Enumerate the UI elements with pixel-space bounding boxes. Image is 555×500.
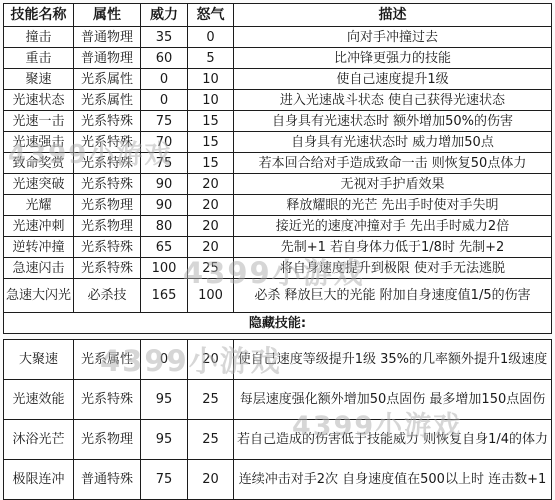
cell-attribute: 光系物理 [74,420,141,460]
cell-skill-name: 沐浴光芒 [4,420,74,460]
skill-table-page: 技能名称 属性 威力 怒气 描述 撞击普通物理350向对手冲撞过去重击普通物理6… [0,0,555,500]
cell-rage: 5 [188,48,234,69]
cell-power: 90 [141,195,188,216]
cell-description: 释放耀眼的光芒 先出手时使对手失明 [234,195,552,216]
header-row: 技能名称 属性 威力 怒气 描述 [4,4,552,27]
cell-attribute: 光系物理 [74,216,141,237]
cell-attribute: 光系特殊 [74,153,141,174]
cell-rage: 10 [188,69,234,90]
cell-rage: 25 [188,380,234,420]
cell-skill-name: 极限连冲 [4,460,74,500]
cell-power: 90 [141,174,188,195]
cell-rage: 20 [188,460,234,500]
table-row: 光耀光系物理9020释放耀眼的光芒 先出手时使对手失明 [4,195,552,216]
cell-attribute: 光系属性 [74,69,141,90]
table-row: 撞击普通物理350向对手冲撞过去 [4,27,552,48]
cell-description: 无视对手护盾效果 [234,174,552,195]
cell-rage: 25 [188,420,234,460]
cell-attribute: 光系属性 [74,340,141,380]
table-row: 光速冲刺光系物理8020接近光的速度冲撞对手 先出手时威力2倍 [4,216,552,237]
table-row: 致命奖赏光系特殊7515若本回合给对手造成致命一击 则恢复50点体力 [4,153,552,174]
cell-power: 35 [141,27,188,48]
col-header-rage: 怒气 [188,4,234,27]
cell-description: 使自己速度提升1级 [234,69,552,90]
cell-attribute: 光系物理 [74,195,141,216]
cell-attribute: 普通特殊 [74,460,141,500]
cell-rage: 10 [188,90,234,111]
cell-skill-name: 急速闪击 [4,258,74,279]
cell-power: 75 [141,460,188,500]
cell-rage: 20 [188,216,234,237]
cell-power: 60 [141,48,188,69]
table-row: 光速状态光系属性010进入光速战斗状态 使自己获得光速状态 [4,90,552,111]
table-row: 光速一击光系特殊7515自身具有光速状态时 额外增加50%的伤害 [4,111,552,132]
col-header-attribute: 属性 [74,4,141,27]
cell-rage: 20 [188,195,234,216]
cell-attribute: 光系特殊 [74,132,141,153]
cell-attribute: 光系属性 [74,90,141,111]
cell-skill-name: 重击 [4,48,74,69]
cell-skill-name: 逆转冲撞 [4,237,74,258]
cell-skill-name: 光速强击 [4,132,74,153]
cell-skill-name: 光速突破 [4,174,74,195]
cell-description: 将自身速度提升到极限 使对手无法逃脱 [234,258,552,279]
cell-description: 使自己速度等级提升1级 35%的几率额外提升1级速度 [234,340,552,380]
col-header-description: 描述 [234,4,552,27]
cell-attribute: 光系特殊 [74,237,141,258]
cell-description: 连续冲击对手2次 自身速度值在500以上时 连击数+1 [234,460,552,500]
cell-attribute: 光系特殊 [74,380,141,420]
cell-power: 0 [141,340,188,380]
cell-skill-name: 急速大闪光 [4,279,74,313]
hidden-skills-section-label: 隐藏技能: [4,313,552,334]
cell-skill-name: 光速效能 [4,380,74,420]
table-row: 光速强击光系特殊7015自身具有光速状态时 威力增加50点 [4,132,552,153]
cell-power: 75 [141,111,188,132]
cell-rage: 20 [188,340,234,380]
cell-skill-name: 光耀 [4,195,74,216]
cell-rage: 15 [188,153,234,174]
cell-power: 75 [141,153,188,174]
cell-description: 先制+1 若自身体力低于1/8时 先制+2 [234,237,552,258]
cell-rage: 15 [188,111,234,132]
cell-power: 165 [141,279,188,313]
cell-description: 向对手冲撞过去 [234,27,552,48]
cell-skill-name: 光速一击 [4,111,74,132]
table-row: 极限连冲普通特殊7520连续冲击对手2次 自身速度值在500以上时 连击数+1 [4,460,552,500]
col-header-power: 威力 [141,4,188,27]
cell-description: 接近光的速度冲撞对手 先出手时威力2倍 [234,216,552,237]
col-header-skill-name: 技能名称 [4,4,74,27]
cell-description: 每层速度强化额外增加50点固伤 最多增加150点固伤 [234,380,552,420]
cell-power: 100 [141,258,188,279]
cell-rage: 20 [188,174,234,195]
table-row: 聚速光系属性010使自己速度提升1级 [4,69,552,90]
cell-power: 95 [141,380,188,420]
table-row: 逆转冲撞光系特殊6520先制+1 若自身体力低于1/8时 先制+2 [4,237,552,258]
cell-description: 若自己造成的伤害低于技能威力 则恢复自身1/4的体力 [234,420,552,460]
table-row: 重击普通物理605比冲锋更强力的技能 [4,48,552,69]
cell-description: 若本回合给对手造成致命一击 则恢复50点体力 [234,153,552,174]
cell-power: 0 [141,69,188,90]
hidden-skills-section-row: 隐藏技能: [4,313,552,334]
cell-rage: 20 [188,237,234,258]
cell-attribute: 光系特殊 [74,258,141,279]
cell-power: 95 [141,420,188,460]
table-row: 大聚速光系属性020使自己速度等级提升1级 35%的几率额外提升1级速度 [4,340,552,380]
hidden-skills-table: 大聚速光系属性020使自己速度等级提升1级 35%的几率额外提升1级速度光速效能… [3,339,552,500]
cell-power: 70 [141,132,188,153]
cell-skill-name: 聚速 [4,69,74,90]
cell-description: 进入光速战斗状态 使自己获得光速状态 [234,90,552,111]
cell-attribute: 光系特殊 [74,174,141,195]
cell-skill-name: 光速状态 [4,90,74,111]
cell-rage: 0 [188,27,234,48]
cell-attribute: 必杀技 [74,279,141,313]
cell-rage: 15 [188,132,234,153]
cell-rage: 100 [188,279,234,313]
cell-attribute: 光系特殊 [74,111,141,132]
table-row: 光速突破光系特殊9020无视对手护盾效果 [4,174,552,195]
cell-attribute: 普通物理 [74,27,141,48]
cell-description: 比冲锋更强力的技能 [234,48,552,69]
table-row: 沐浴光芒光系物理9525若自己造成的伤害低于技能威力 则恢复自身1/4的体力 [4,420,552,460]
cell-power: 65 [141,237,188,258]
cell-description: 必杀 释放巨大的光能 附加自身速度值1/5的伤害 [234,279,552,313]
table-row: 急速大闪光必杀技165100必杀 释放巨大的光能 附加自身速度值1/5的伤害 [4,279,552,313]
table-row: 光速效能光系特殊9525每层速度强化额外增加50点固伤 最多增加150点固伤 [4,380,552,420]
table-row: 急速闪击光系特殊10025将自身速度提升到极限 使对手无法逃脱 [4,258,552,279]
cell-skill-name: 大聚速 [4,340,74,380]
cell-description: 自身具有光速状态时 威力增加50点 [234,132,552,153]
cell-power: 80 [141,216,188,237]
cell-description: 自身具有光速状态时 额外增加50%的伤害 [234,111,552,132]
cell-rage: 25 [188,258,234,279]
cell-skill-name: 光速冲刺 [4,216,74,237]
cell-attribute: 普通物理 [74,48,141,69]
main-skills-table: 技能名称 属性 威力 怒气 描述 撞击普通物理350向对手冲撞过去重击普通物理6… [3,3,552,334]
cell-power: 0 [141,90,188,111]
cell-skill-name: 撞击 [4,27,74,48]
cell-skill-name: 致命奖赏 [4,153,74,174]
